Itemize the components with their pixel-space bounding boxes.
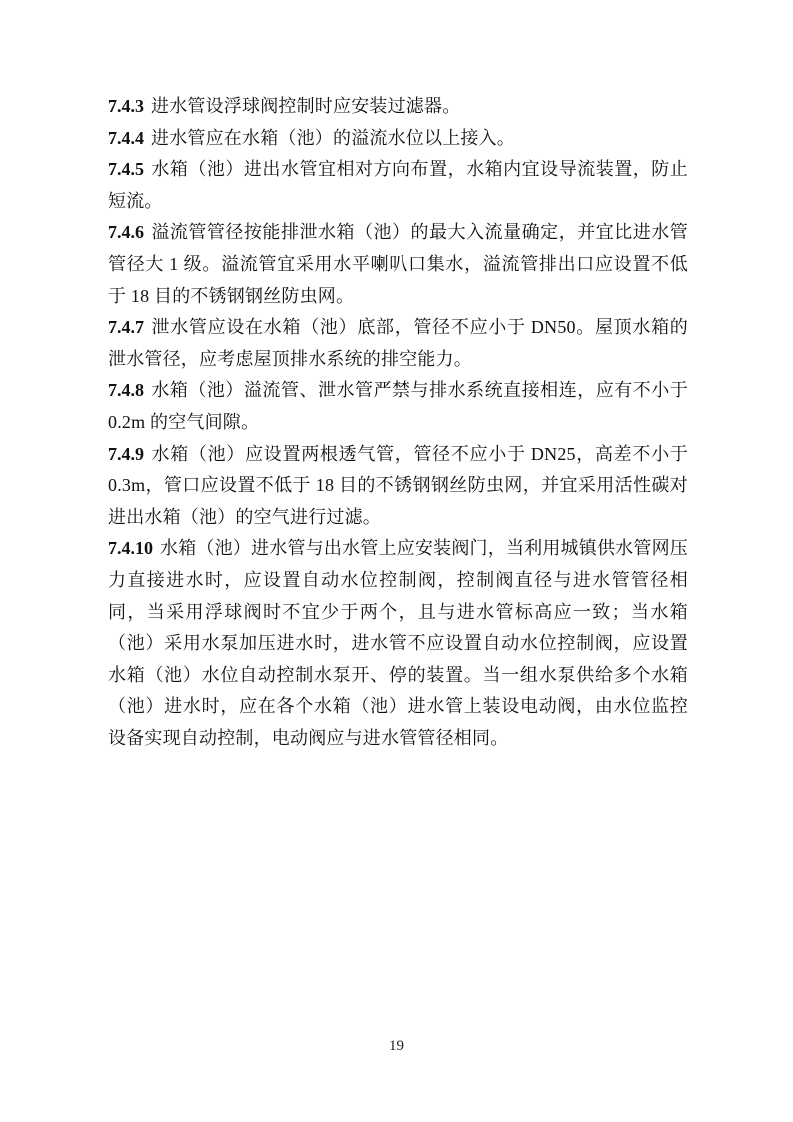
clause-text: 进水管设浮球阀控制时应安装过滤器。 bbox=[151, 96, 460, 116]
clause-number: 7.4.6 bbox=[108, 222, 144, 242]
clause-number: 7.4.10 bbox=[108, 538, 153, 558]
clause-number: 7.4.4 bbox=[108, 128, 144, 148]
clause-paragraph: 7.4.6溢流管管径按能排泄水箱（池）的最大入流量确定，并宜比进水管管径大 1 … bbox=[108, 217, 688, 312]
clause-text: 水箱（池）进出水管宜相对方向布置，水箱内宜设导流装置，防止短流。 bbox=[108, 159, 688, 211]
clause-paragraph: 7.4.4进水管应在水箱（池）的溢流水位以上接入。 bbox=[108, 123, 688, 155]
page-footer: 19 bbox=[0, 1037, 793, 1055]
clause-paragraph: 7.4.5水箱（池）进出水管宜相对方向布置，水箱内宜设导流装置，防止短流。 bbox=[108, 154, 688, 217]
page-number: 19 bbox=[389, 1038, 404, 1054]
clause-paragraph: 7.4.3进水管设浮球阀控制时应安装过滤器。 bbox=[108, 91, 688, 123]
clause-text: 溢流管管径按能排泄水箱（池）的最大入流量确定，并宜比进水管管径大 1 级。溢流管… bbox=[108, 222, 688, 305]
document-page: 7.4.3进水管设浮球阀控制时应安装过滤器。 7.4.4进水管应在水箱（池）的溢… bbox=[0, 0, 793, 1122]
clause-paragraph: 7.4.7泄水管应设在水箱（池）底部，管径不应小于 DN50。屋顶水箱的泄水管径… bbox=[108, 312, 688, 375]
document-body: 7.4.3进水管设浮球阀控制时应安装过滤器。 7.4.4进水管应在水箱（池）的溢… bbox=[108, 91, 688, 754]
clause-number: 7.4.9 bbox=[108, 444, 144, 464]
clause-text: 水箱（池）进水管与出水管上应安装阀门，当利用城镇供水管网压力直接进水时，应设置自… bbox=[108, 538, 688, 748]
clause-paragraph: 7.4.9水箱（池）应设置两根透气管，管径不应小于 DN25，高差不小于 0.3… bbox=[108, 439, 688, 534]
clause-number: 7.4.3 bbox=[108, 96, 144, 116]
clause-paragraph: 7.4.10水箱（池）进水管与出水管上应安装阀门，当利用城镇供水管网压力直接进水… bbox=[108, 533, 688, 754]
clause-text: 泄水管应设在水箱（池）底部，管径不应小于 DN50。屋顶水箱的泄水管径，应考虑屋… bbox=[108, 317, 688, 369]
clause-text: 水箱（池）应设置两根透气管，管径不应小于 DN25，高差不小于 0.3m，管口应… bbox=[108, 444, 688, 527]
clause-text: 进水管应在水箱（池）的溢流水位以上接入。 bbox=[151, 128, 515, 148]
clause-number: 7.4.5 bbox=[108, 159, 144, 179]
clause-number: 7.4.7 bbox=[108, 317, 144, 337]
clause-text: 水箱（池）溢流管、泄水管严禁与排水系统直接相连，应有不小于 0.2m 的空气间隙… bbox=[108, 380, 688, 432]
clause-paragraph: 7.4.8水箱（池）溢流管、泄水管严禁与排水系统直接相连，应有不小于 0.2m … bbox=[108, 375, 688, 438]
clause-number: 7.4.8 bbox=[108, 380, 144, 400]
